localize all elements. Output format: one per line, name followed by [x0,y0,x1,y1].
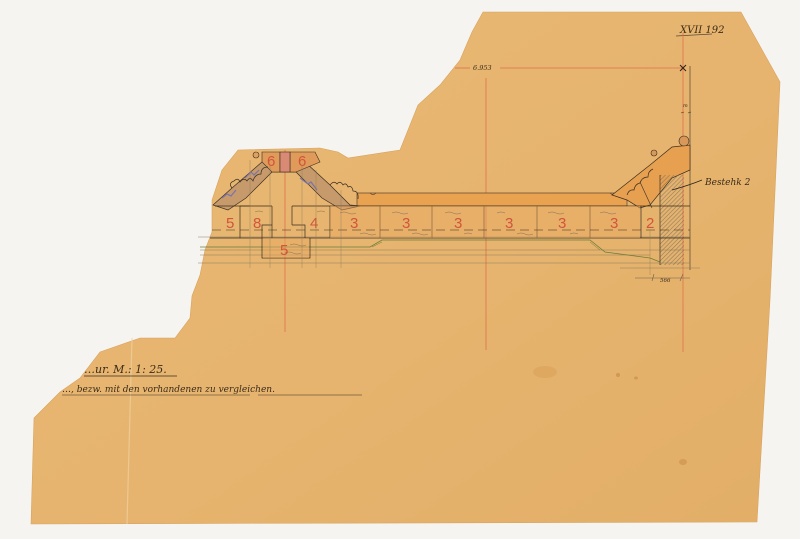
wall-section-hatched [660,175,684,265]
dimension-small-value: m [683,103,688,109]
panel-number: 3 [454,215,462,232]
panel-number: 4 [310,215,318,232]
panel-number: 8 [253,215,261,232]
ceiling-beam [357,193,627,206]
paper-stain [616,373,620,377]
panel-number: 3 [350,215,358,232]
panel-number: 2 [646,215,654,232]
panel-number: 3 [558,215,566,232]
scale-annotation: …ur. M.: 1: 25. [84,363,167,376]
paper-stain [634,377,638,380]
label-existing: Bestehk 2 [704,178,751,188]
panel-number: 3 [505,215,513,232]
paper-stain [679,459,687,465]
note-annotation: …, bezw. mit den vorhandenen zu vergleic… [62,385,275,395]
panel-number: 3 [610,215,618,232]
ornament-number: 6 [267,153,275,170]
panel-number: 5 [226,215,234,232]
dimension-bottom-value: 566 [660,278,671,284]
lower-panel-number: 5 [280,242,288,259]
paper-stain [533,366,557,378]
drawing-sheet: XVII 192 6.953 m 6 6 [0,0,800,539]
dimension-top-value: 6.953 [473,64,492,72]
panel-fill [330,206,640,238]
panel-number: 3 [402,215,410,232]
